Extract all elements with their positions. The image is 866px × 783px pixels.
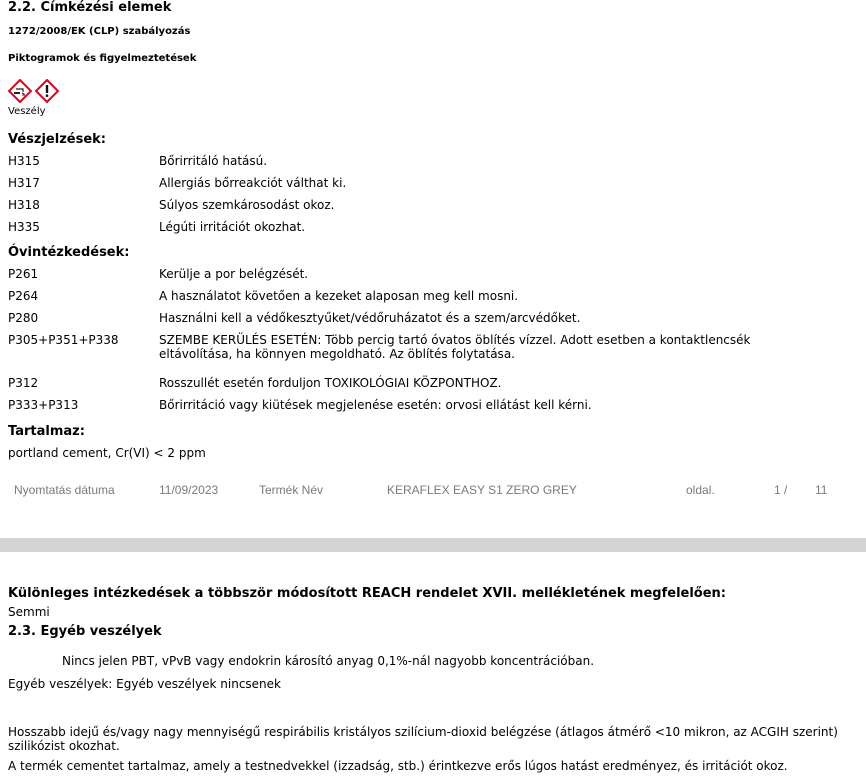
silica-text: Hosszabb idejű és/vagy nagy mennyiségű r… [8, 725, 858, 753]
statement-text: Kerülje a por belégzését. [159, 267, 308, 281]
statement-code: P264 [8, 289, 38, 303]
statement-code: H335 [8, 220, 40, 234]
statement-text: Használni kell a védőkesztyűket/védőruhá… [159, 311, 580, 325]
statement-code: H317 [8, 176, 40, 190]
statement-text: A használatot követően a kezeket alaposa… [159, 289, 518, 303]
product-name-label: Termék Név [259, 483, 323, 497]
statement-text: Rosszullét esetén forduljon TOXIKOLÓGIAI… [159, 376, 502, 390]
page-separator [0, 538, 866, 552]
exclamation-mark-icon [35, 79, 59, 103]
contains-heading: Tartalmaz: [8, 424, 85, 439]
pbt-text: Nincs jelen PBT, vPvB vagy endokrin káro… [62, 654, 594, 668]
corrosion-icon [8, 79, 32, 103]
page-total: 11 [815, 483, 827, 497]
page-current: 1 / [774, 483, 787, 497]
statement-text: Légúti irritációt okozhat. [159, 220, 305, 234]
statement-text: Bőrirritáló hatású. [159, 154, 267, 168]
other-hazards-title: 2.3. Egyéb veszélyek [8, 624, 162, 639]
pictograms-heading: Piktogramok és figyelmeztetések [8, 53, 196, 64]
product-name: KERAFLEX EASY S1 ZERO GREY [387, 483, 577, 497]
print-date: 11/09/2023 [159, 483, 218, 497]
section-title: 2.2. Címkézési elemek [8, 0, 171, 15]
statement-code: H315 [8, 154, 40, 168]
page-label: oldal. [686, 483, 715, 497]
cement-text: A termék cementet tartalmaz, amely a tes… [8, 759, 788, 773]
statement-code: H318 [8, 198, 40, 212]
statement-code: P280 [8, 311, 38, 325]
statement-text: Allergiás bőrreakciót válthat ki. [159, 176, 346, 190]
reach-heading: Különleges intézkedések a többször módos… [8, 586, 726, 601]
regulation-heading: 1272/2008/EK (CLP) szabályozás [8, 26, 190, 37]
statement-text: Bőrirritáció vagy kiütések megjelenése e… [159, 398, 592, 412]
statement-code: P312 [8, 376, 38, 390]
contains-text: portland cement, Cr(VI) < 2 ppm [8, 446, 206, 460]
statement-code: P305+P351+P338 [8, 333, 119, 347]
statement-text: Súlyos szemkárosodást okoz. [159, 198, 334, 212]
statement-text: SZEMBE KERÜLÉS ESETÉN: Több percig tartó… [159, 333, 769, 361]
signal-word: Veszély [8, 106, 46, 117]
hazard-statements-heading: Vészjelzések: [8, 132, 106, 147]
print-date-label: Nyomtatás dátuma [14, 483, 115, 497]
statement-code: P261 [8, 267, 38, 281]
statement-code: P333+P313 [8, 398, 78, 412]
precautionary-statements-heading: Óvintézkedések: [8, 245, 129, 260]
other-hazards-text: Egyéb veszélyek: Egyéb veszélyek nincsen… [8, 677, 281, 691]
reach-value: Semmi [8, 605, 50, 619]
